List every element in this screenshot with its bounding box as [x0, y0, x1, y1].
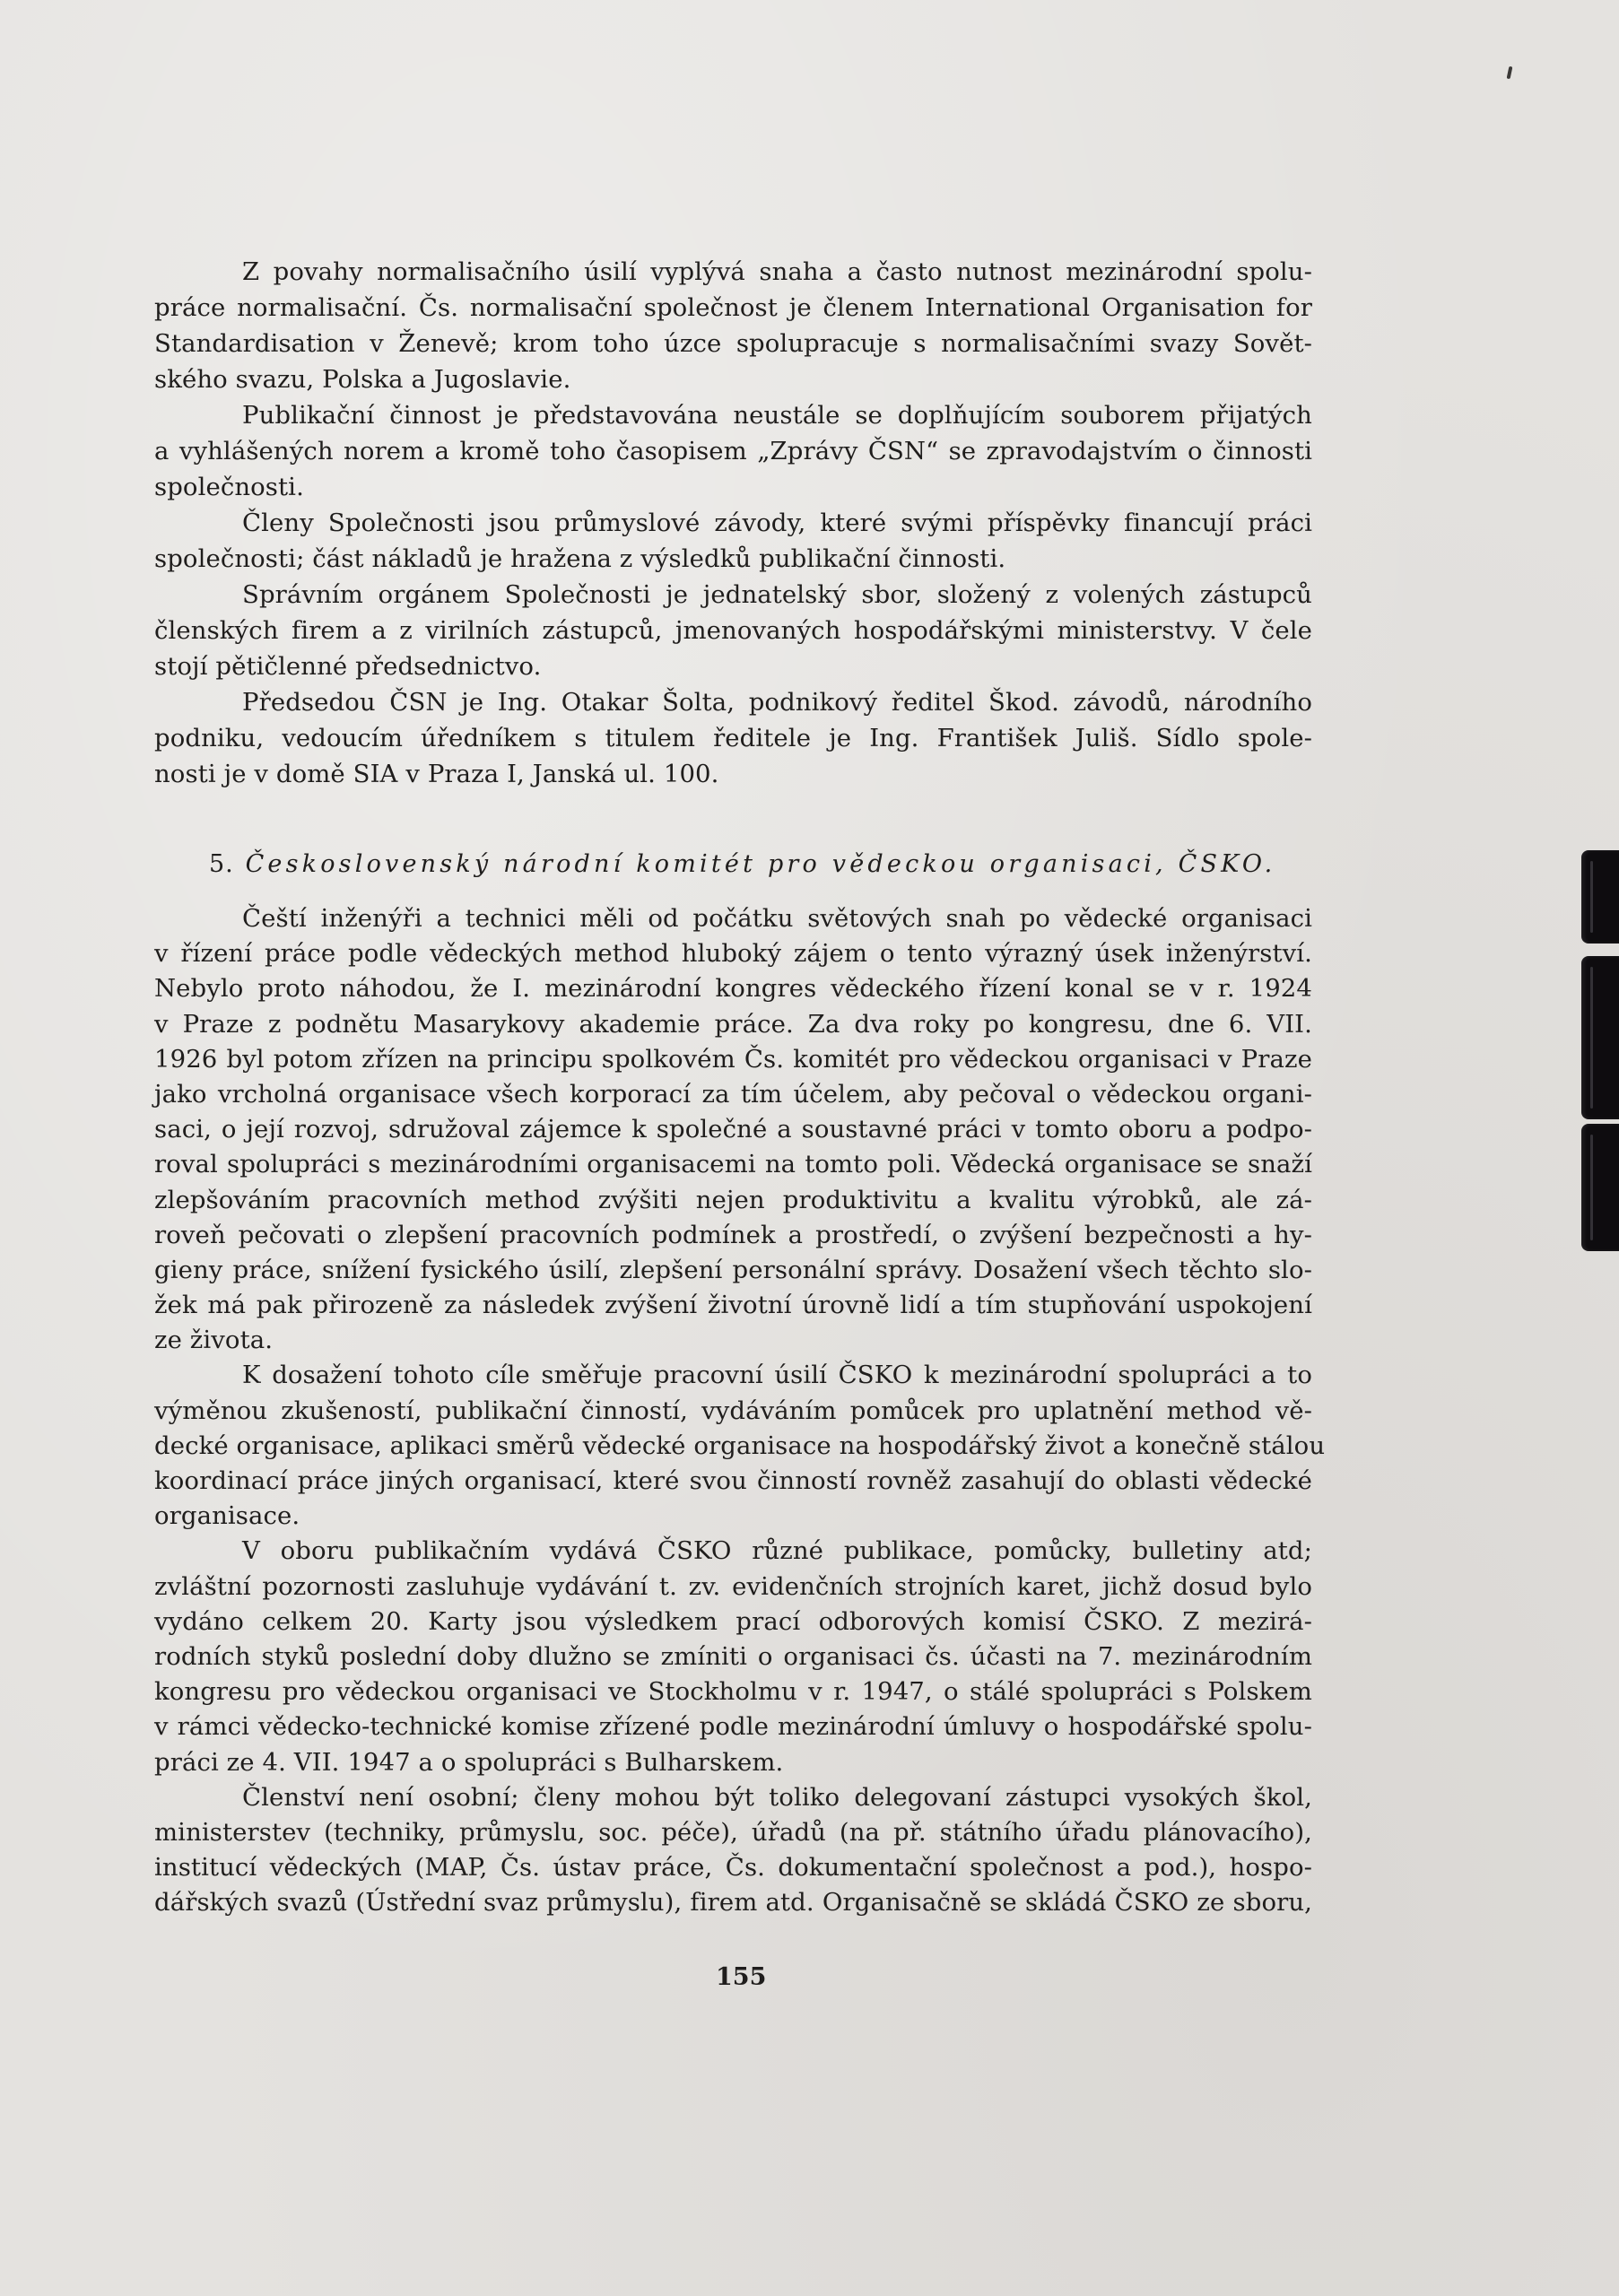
text-line: jako vrcholná organisace všech korporací… [154, 1077, 1312, 1112]
paragraph-history: Čeští inženýři a technici měli od počátk… [154, 901, 1312, 1358]
paragraph-international-cooperation: Z povahy normalisačního úsilí vyplývá sn… [154, 254, 1312, 397]
text-line: 1926 byl potom zřízen na principu spolko… [154, 1042, 1312, 1077]
paragraph-governing-body: Správním orgánem Společnosti je jednatel… [154, 577, 1312, 684]
text-line: členských firem a z virilních zástupců, … [154, 613, 1312, 648]
text-line: práci ze 4. VII. 1947 a o spolupráci s B… [154, 1745, 1312, 1780]
text-line: koordinací práce jiných organisací, kter… [154, 1464, 1312, 1499]
paragraph-membership: Členství není osobní; členy mohou být to… [154, 1780, 1312, 1921]
section-csko: Čeští inženýři a technici měli od počátk… [154, 901, 1312, 1920]
text-line: rodních styků poslední doby dlužno se zm… [154, 1639, 1312, 1674]
paragraph-publications: Publikační činnost je představována neus… [154, 397, 1312, 505]
binding-comb-segment [1581, 1124, 1619, 1251]
text-line: Standardisation v Ženevě; krom toho úzce… [154, 326, 1312, 361]
text-line: v rámci vědecko-technické komise zřízené… [154, 1709, 1312, 1744]
paragraph-chairman: Předsedou ČSN je Ing. Otakar Šolta, podn… [154, 684, 1312, 792]
text-line: ze života. [154, 1323, 1312, 1358]
section-heading: 5. Československý národní komitét pro vě… [209, 847, 1273, 883]
binding-comb-segment [1581, 850, 1619, 944]
text-line: v řízení práce podle vědeckých method hl… [154, 936, 1312, 971]
text-line: Publikační činnost je představována neus… [154, 397, 1312, 433]
text-line: zlepšováním pracovních method zvýšiti ne… [154, 1183, 1312, 1218]
text-line: Členy Společnosti jsou průmyslové závody… [154, 505, 1312, 541]
section-title: Československý národní komitét pro vědec… [246, 850, 1276, 878]
text-line: Předsedou ČSN je Ing. Otakar Šolta, podn… [154, 684, 1312, 720]
paper-speck [1507, 66, 1513, 80]
text-line: gieny práce, snížení fysického úsilí, zl… [154, 1253, 1312, 1288]
text-line: roval spolupráci s mezinárodními organis… [154, 1147, 1312, 1182]
paragraph-members: Členy Společnosti jsou průmyslové závody… [154, 505, 1312, 577]
text-line: decké organisace, aplikaci směrů vědecké… [154, 1429, 1312, 1464]
text-line: saci, o její rozvoj, sdružoval zájemce k… [154, 1112, 1312, 1147]
text-line: ministerstev (techniky, průmyslu, soc. p… [154, 1815, 1312, 1850]
text-line: vydáno celkem 20. Karty jsou výsledkem p… [154, 1605, 1312, 1639]
binding-comb-segment [1581, 956, 1619, 1119]
text-line: roveň pečovati o zlepšení pracovních pod… [154, 1218, 1312, 1253]
text-line: podniku, vedoucím úředníkem s titulem ře… [154, 720, 1312, 756]
text-line: V oboru publikačním vydává ČSKO různé pu… [154, 1534, 1312, 1569]
page-number: 155 [716, 1961, 766, 1994]
text-line: společnosti; část nákladů je hražena z v… [154, 541, 1312, 577]
text-line: Čeští inženýři a technici měli od počátk… [154, 901, 1312, 936]
text-line: zvláštní pozornosti zasluhuje vydávání t… [154, 1570, 1312, 1605]
text-line: práce normalisační. Čs. normalisační spo… [154, 290, 1312, 326]
text-line: nosti je v domě SIA v Praza I, Janská ul… [154, 756, 1312, 792]
scanned-book-page: Z povahy normalisačního úsilí vyplývá sn… [0, 0, 1619, 2296]
section-csn-continuation: Z povahy normalisačního úsilí vyplývá sn… [154, 254, 1312, 792]
text-line: institucí vědeckých (MAP, Čs. ústav prác… [154, 1850, 1312, 1885]
text-line: a vyhlášených norem a kromě toho časopis… [154, 433, 1312, 469]
paragraph-goals: K dosažení tohoto cíle směřuje pracovní … [154, 1358, 1312, 1534]
text-line: výměnou zkušeností, publikační činností,… [154, 1394, 1312, 1429]
text-line: žek má pak přirozeně za následek zvýšení… [154, 1288, 1312, 1323]
text-line: Nebylo proto náhodou, že I. mezinárodní … [154, 971, 1312, 1006]
paragraph-publishing: V oboru publikačním vydává ČSKO různé pu… [154, 1534, 1312, 1779]
text-line: Správním orgánem Společnosti je jednatel… [154, 577, 1312, 613]
text-line: kongresu pro vědeckou organisaci ve Stoc… [154, 1674, 1312, 1709]
text-line: společnosti. [154, 469, 1312, 505]
text-line: stojí pětičlenné předsednictvo. [154, 648, 1312, 684]
text-line: organisace. [154, 1499, 1312, 1534]
text-line: v Praze z podnětu Masarykovy akademie pr… [154, 1007, 1312, 1042]
text-line: Členství není osobní; členy mohou být to… [154, 1780, 1312, 1815]
text-line: Z povahy normalisačního úsilí vyplývá sn… [154, 254, 1312, 290]
text-line: K dosažení tohoto cíle směřuje pracovní … [154, 1358, 1312, 1393]
text-line: ského svazu, Polska a Jugoslavie. [154, 361, 1312, 397]
text-line: dářských svazů (Ústřední svaz průmyslu),… [154, 1885, 1312, 1920]
section-number: 5. [209, 850, 234, 878]
